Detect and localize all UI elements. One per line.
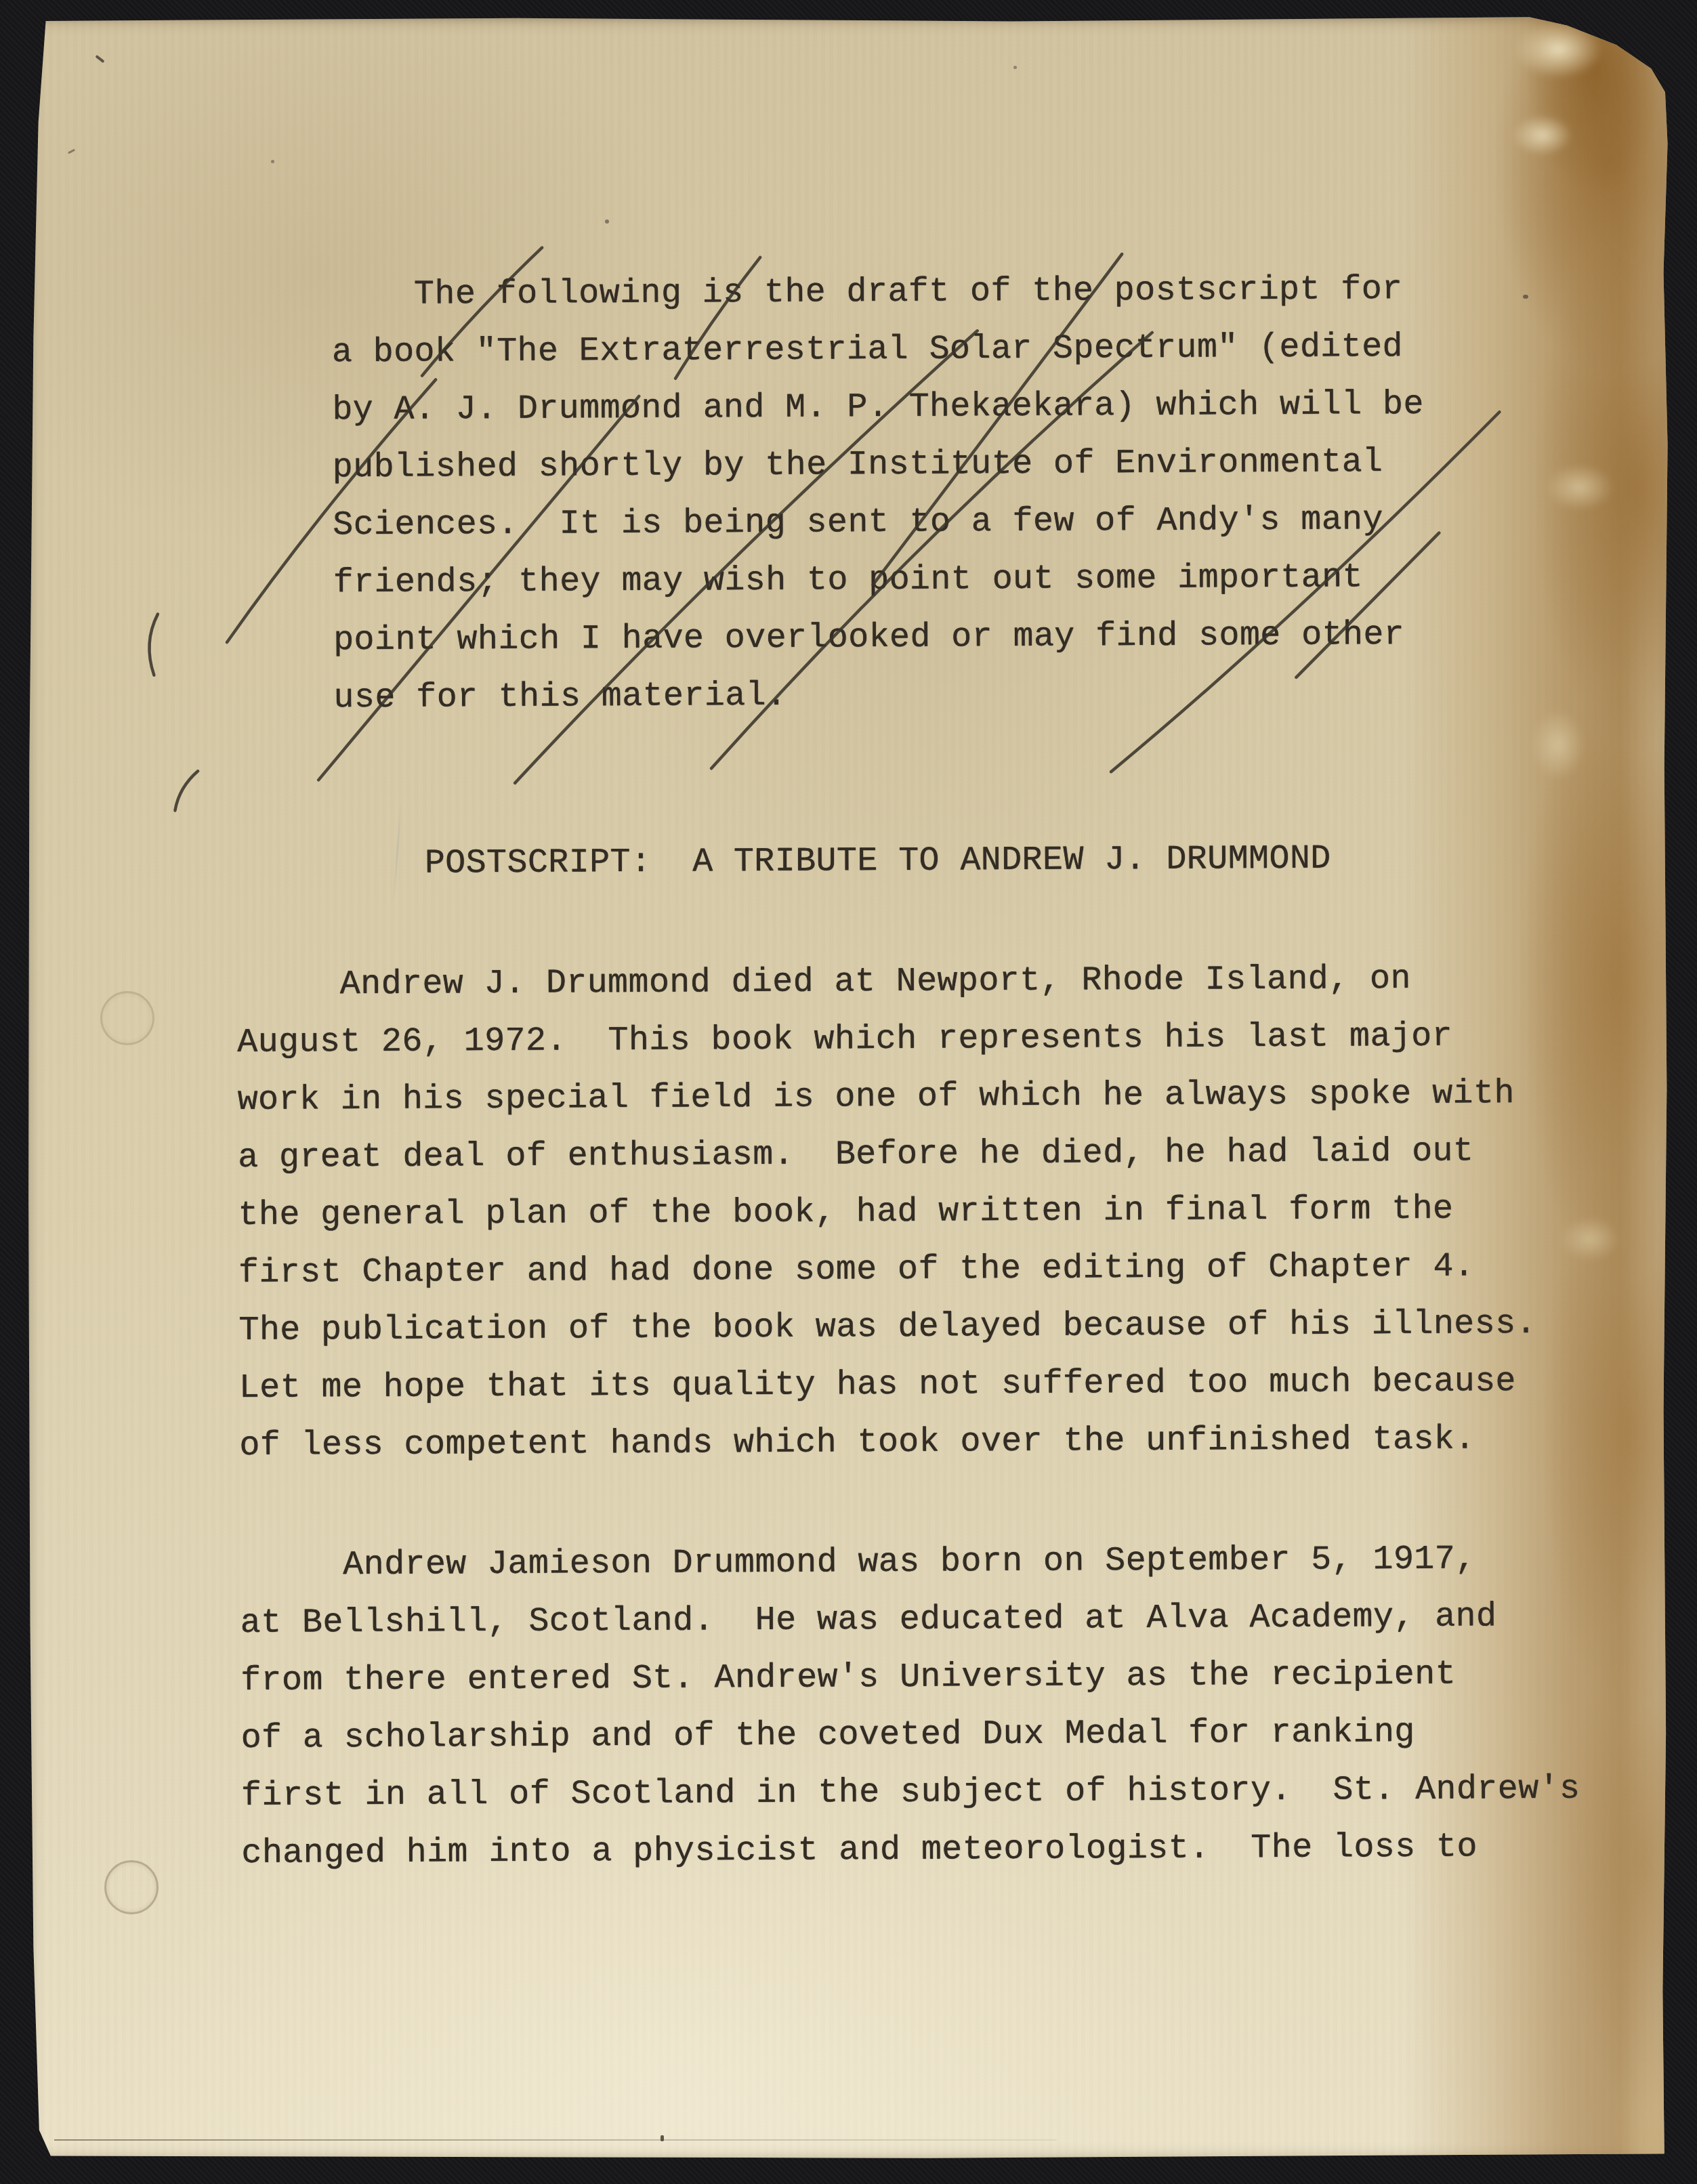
tribute-paragraph-1: Andrew J. Drummond died at Newport, Rhod… (237, 950, 1537, 1475)
typed-content: The following is the draft of the postsc… (0, 0, 1697, 2184)
tribute-paragraph-2: Andrew Jamieson Drummond was born on Sep… (240, 1530, 1580, 1883)
scanner-bed-background: The following is the draft of the postsc… (0, 0, 1697, 2184)
postscript-heading: POSTSCRIPT: A TRIBUTE TO ANDREW J. DRUMM… (425, 831, 1331, 893)
